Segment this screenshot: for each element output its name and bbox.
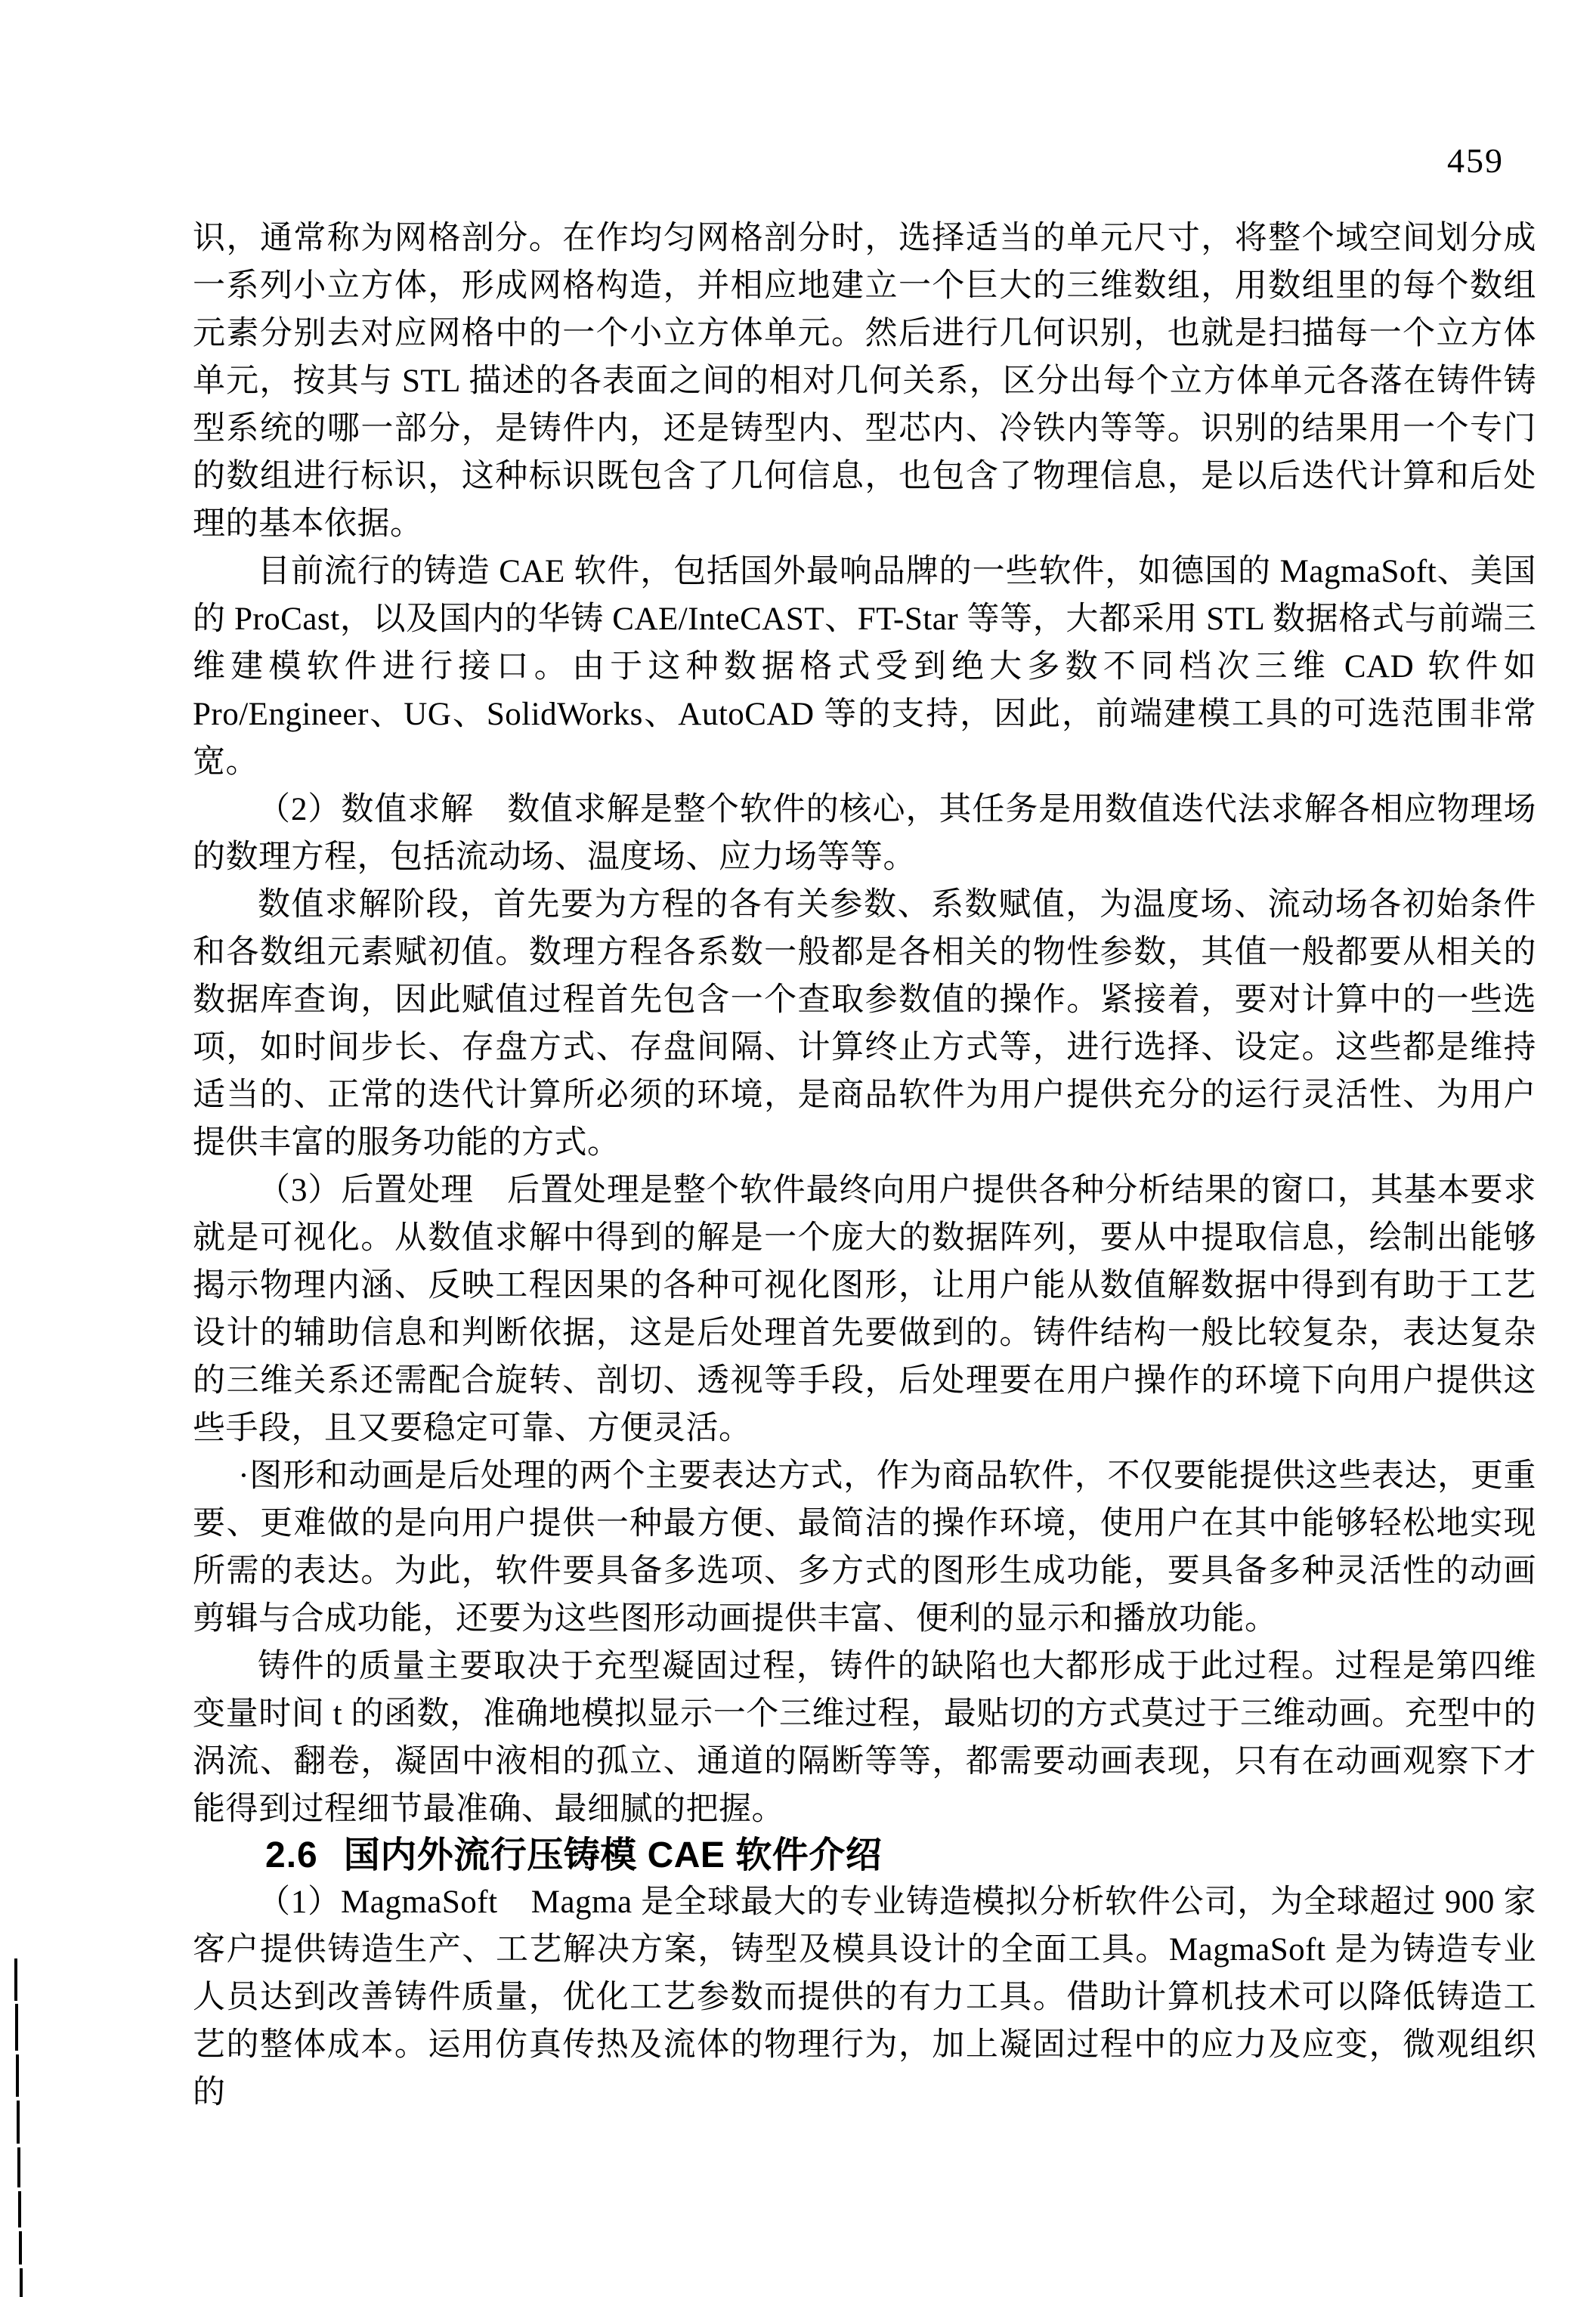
body-paragraph: 数值求解阶段，首先要为方程的各有关参数、系数赋值，为温度场、流动场各初始条件和各… — [193, 881, 1536, 1167]
scan-artifact-line — [14, 1958, 17, 2001]
scan-artifact-line — [15, 2004, 18, 2051]
section-number: 2.6 — [265, 1835, 318, 1875]
section-title: 国内外流行压铸模 CAE 软件介绍 — [344, 1835, 883, 1875]
body-paragraph: （2）数值求解 数值求解是整个软件的核心，其任务是用数值迭代法求解各相应物理场的… — [193, 786, 1536, 881]
page-body: 识，通常称为网格剖分。在作均匀网格剖分时，选择适当的单元尺寸，将整个域空间划分成… — [193, 215, 1536, 2116]
body-paragraph: （1）MagmaSoft Magma 是全球最大的专业铸造模拟分析软件公司，为全… — [193, 1878, 1536, 2116]
section-heading: 2.6国内外流行压铸模 CAE 软件介绍 — [193, 1833, 1536, 1878]
document-page: 459 识，通常称为网格剖分。在作均匀网格剖分时，选择适当的单元尺寸，将整个域空… — [0, 0, 1596, 2297]
body-paragraph: （3）后置处理 后置处理是整个软件最终向用户提供各种分析结果的窗口，其基本要求就… — [193, 1167, 1536, 1452]
scan-artifact-line — [17, 2147, 20, 2187]
body-paragraph: 铸件的质量主要取决于充型凝固过程，铸件的缺陷也大都形成于此过程。过程是第四维变量… — [193, 1643, 1536, 1833]
body-paragraph: 目前流行的铸造 CAE 软件，包括国外最响品牌的一些软件，如德国的 MagmaS… — [193, 548, 1536, 786]
scan-artifact-line — [20, 2268, 23, 2297]
scan-artifact-line — [16, 2054, 19, 2097]
scan-artifact-line — [18, 2191, 21, 2227]
scan-artifact-line — [17, 2101, 20, 2144]
body-paragraph: 识，通常称为网格剖分。在作均匀网格剖分时，选择适当的单元尺寸，将整个域空间划分成… — [193, 215, 1536, 548]
page-number: 459 — [1330, 141, 1504, 181]
body-paragraph: ·图形和动画是后处理的两个主要表达方式，作为商品软件，不仅要能提供这些表达，更重… — [193, 1452, 1536, 1643]
scan-artifact-line — [19, 2231, 22, 2265]
